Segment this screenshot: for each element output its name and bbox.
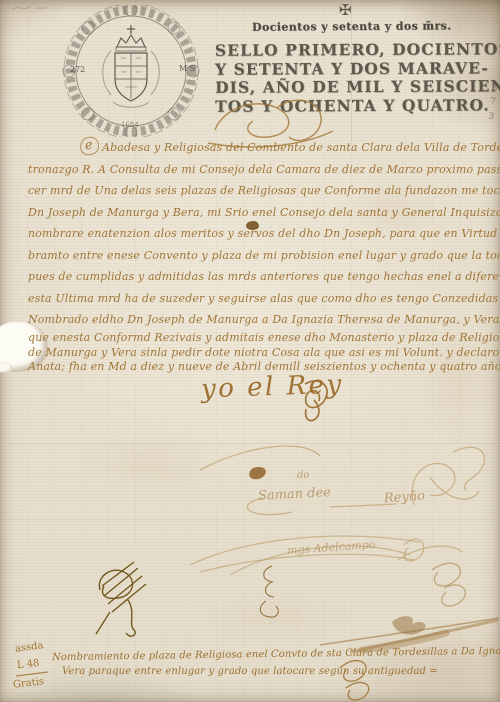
signature-fragment: do [297,470,309,481]
fold-crease [0,443,500,445]
docket-margin-note-3: Gratis [13,676,45,690]
countersignature-left: Saman dee [258,485,332,504]
bottom-right-ink-smear [320,546,499,652]
manuscript-page: ✠ Docientos y setenta y dos m̃rs. SELLO … [0,0,500,702]
fold-crease [0,519,500,521]
margin-paraph-mark: e [79,136,101,157]
left-dark-paraph [96,562,146,636]
body-line: tronazgo R. A Consulta de mi Consejo del… [28,163,500,176]
ink-blot [248,465,268,481]
seal-year: 1684 [121,121,139,129]
edge-scribble [12,6,47,10]
body-line: bramto entre enese Convento y plaza de m… [28,249,500,262]
body-line: que enesta Conformd Rezivais y admitais … [28,331,500,344]
body-line: Anata; fha en Md a diez y nueve de Abril… [28,360,500,373]
docket-margin-note-2: L 48 [16,658,40,671]
body-line: pues de cumplidas y admitidas las mrds a… [28,270,500,283]
docket-line-2: Vera paraque entre enlugar y grado que l… [62,666,438,677]
countersignature-2: mgs Adelcampo [287,538,376,557]
body-line: Nombrado eldho Dn Joseph de Manurga a Da… [28,313,500,326]
printed-stamp-text: SELLO PRIMERO, DOCIENTOS Y SETENTA Y DOS… [215,40,500,116]
printed-cross-icon: ✠ [339,1,352,19]
ink-blot [246,221,259,230]
body-line: nombrare enatenzion alos meritos y servo… [28,227,500,240]
docket-line-1: Nombramiento de plaza de Religiosa enel … [52,644,500,663]
printed-tax-line: Docientos y setenta y dos m̃rs. [252,19,452,33]
body-line: Dn Joseph de Manurga y Bera, mi Srio ene… [28,206,500,219]
stamp-line: SELLO PRIMERO, DOCIENTOS [215,40,500,60]
countersignature-right: Reyño [384,489,426,507]
stamp-line: TOS Y OCHENTA Y QUATRO. [215,96,500,116]
seal-right-letters: M S [179,64,195,73]
seal-left-number: 272 [70,65,85,74]
countersignature-1-flourish [200,446,485,515]
body-line: esta Ultima mrd ha de suzeder y seguirse… [28,292,500,305]
body-line: cer mrd de Una delas seis plazas de Reli… [28,184,500,197]
monogram-mark [260,566,278,617]
docket-margin-note-1: assda [14,640,44,655]
paper-damage-hole [0,362,12,373]
royal-seal-stamp-icon: 272 M S 1684 [55,5,207,137]
body-line: de Manurga y Vera sinla pedir dote niotr… [28,346,500,359]
body-line: Abadesa y Religiosas del Combento de san… [102,141,500,154]
folio-mark: 3 [488,110,495,126]
royal-signature: yo el Rey [201,370,345,405]
